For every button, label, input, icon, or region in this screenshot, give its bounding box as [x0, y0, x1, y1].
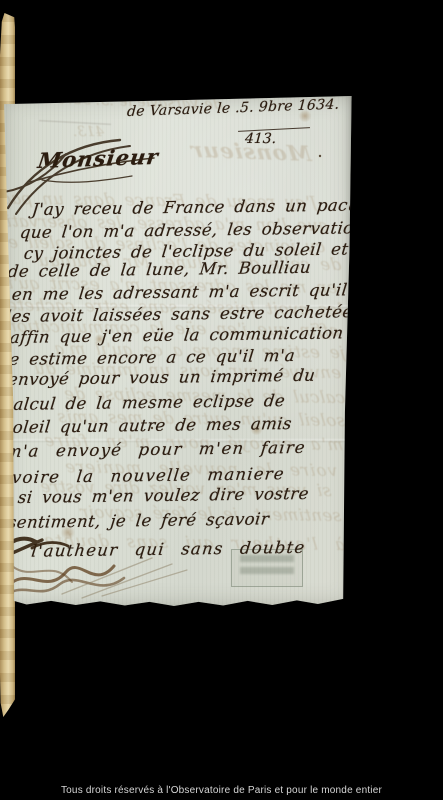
ink-flourishes — [2, 96, 353, 606]
manuscript-scan: de Varsavie le .5. 9bre 1634. 413. Monsi… — [0, 0, 443, 800]
letter-page: de Varsavie le .5. 9bre 1634. 413. Monsi… — [2, 96, 353, 606]
copyright-caption: Tous droits réservés à l'Observatoire de… — [0, 785, 443, 797]
